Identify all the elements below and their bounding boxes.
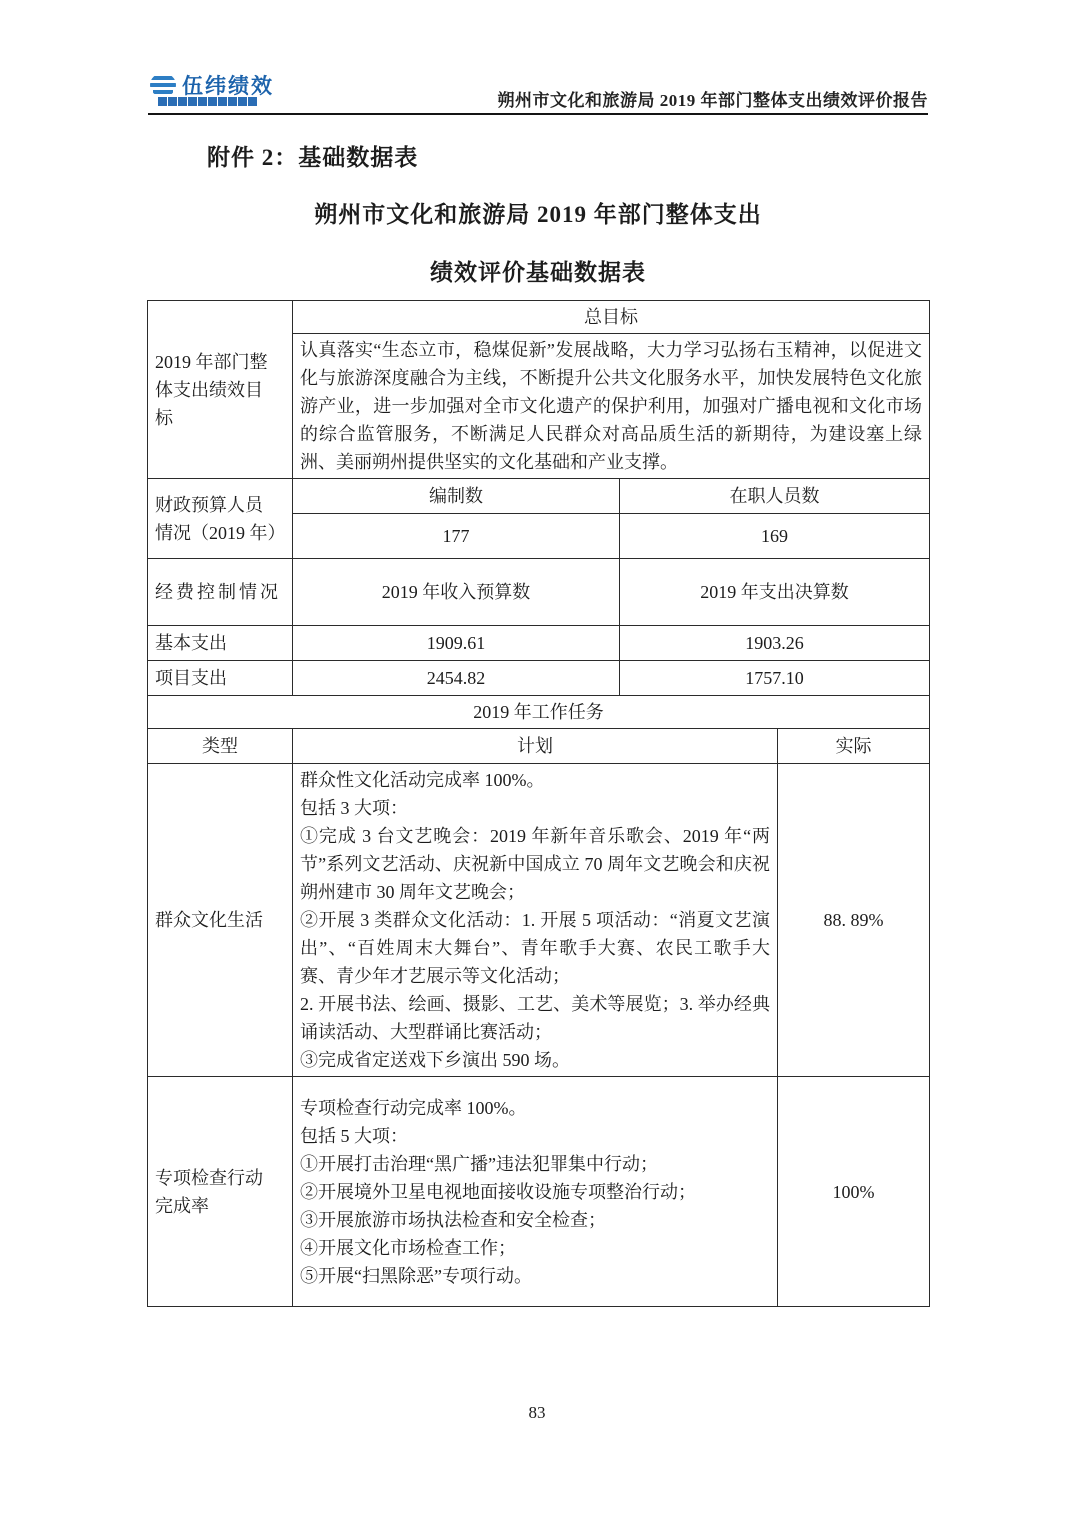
overall-goal-label-cell: 2019 年部门整 体支出绩效目 标 — [148, 301, 293, 479]
project-expenditure-label-cell: 项目支出 — [148, 661, 293, 696]
task-type-header-cell: 类型 — [148, 729, 293, 764]
doc-title-line1: 朔州市文化和旅游局 2019 年部门整体支出 — [148, 196, 928, 229]
report-header-title: 朔州市文化和旅游局 2019 年部门整体支出绩效评价报告 — [498, 86, 929, 111]
overall-goal-header-cell: 总目标 — [293, 301, 930, 334]
task-row: 专项检查行动 完成率 专项检查行动完成率 100%。 包括 5 大项： ①开展打… — [148, 1077, 930, 1307]
tasks-section-header-cell: 2019 年工作任务 — [148, 696, 930, 729]
project-expenditure-final-cell: 1757.10 — [620, 661, 930, 696]
onduty-value-cell: 169 — [620, 514, 930, 559]
personnel-label-cell: 财政预算人员 情况（2019 年） — [148, 479, 293, 559]
logo-squares-strip — [158, 97, 257, 106]
task-actual-cell: 88. 89% — [778, 764, 930, 1077]
logo-square — [218, 97, 227, 106]
overall-goal-content-cell: 认真落实“生态立市，稳煤促新”发展战略，大力学习弘扬右玉精神，以促进文化与旅游深… — [293, 334, 930, 479]
task-type-cell: 群众文化生活 — [148, 764, 293, 1077]
onduty-header-cell: 在职人员数 — [620, 479, 930, 514]
task-plan-cell: 专项检查行动完成率 100%。 包括 5 大项： ①开展打击治理“黑广播”违法犯… — [293, 1077, 778, 1307]
income-budget-header-cell: 2019 年收入预算数 — [293, 559, 620, 626]
header-rule — [148, 113, 928, 115]
project-expenditure-budget-cell: 2454.82 — [293, 661, 620, 696]
budget-control-label-cell: 经费控制情况 — [148, 559, 293, 626]
company-logo: 伍纬绩效 — [150, 70, 274, 100]
basic-expenditure-final-cell: 1903.26 — [620, 626, 930, 661]
task-plan-cell: 群众性文化活动完成率 100%。 包括 3 大项： ①完成 3 台文艺晚会：20… — [293, 764, 778, 1077]
base-data-table: 2019 年部门整 体支出绩效目 标 总目标 认真落实“生态立市，稳煤促新”发展… — [147, 300, 930, 1307]
basic-expenditure-budget-cell: 1909.61 — [293, 626, 620, 661]
logo-square — [188, 97, 197, 106]
task-type-cell: 专项检查行动 完成率 — [148, 1077, 293, 1307]
task-row: 群众文化生活 群众性文化活动完成率 100%。 包括 3 大项： ①完成 3 台… — [148, 764, 930, 1077]
logo-square — [248, 97, 257, 106]
doc-title-line2: 绩效评价基础数据表 — [148, 254, 928, 287]
logo-square — [158, 97, 167, 106]
task-actual-header-cell: 实际 — [778, 729, 930, 764]
basic-expenditure-label-cell: 基本支出 — [148, 626, 293, 661]
logo-globe-icon — [150, 73, 176, 97]
attachment-title: 附件 2：基础数据表 — [207, 139, 418, 172]
task-actual-cell: 100% — [778, 1077, 930, 1307]
page-number: 83 — [0, 1403, 1074, 1423]
logo-square — [208, 97, 217, 106]
document-page: 伍纬绩效 朔州市文化和旅游局 2019 年部门整体支出绩效评价报告 附件 2：基… — [0, 0, 1074, 1520]
logo-square — [178, 97, 187, 106]
staffing-quota-header-cell: 编制数 — [293, 479, 620, 514]
task-plan-header-cell: 计划 — [293, 729, 778, 764]
logo-text: 伍纬绩效 — [182, 70, 274, 100]
logo-square — [238, 97, 247, 106]
staffing-quota-value-cell: 177 — [293, 514, 620, 559]
expenditure-final-header-cell: 2019 年支出决算数 — [620, 559, 930, 626]
logo-square — [198, 97, 207, 106]
logo-square — [228, 97, 237, 106]
logo-square — [168, 97, 177, 106]
